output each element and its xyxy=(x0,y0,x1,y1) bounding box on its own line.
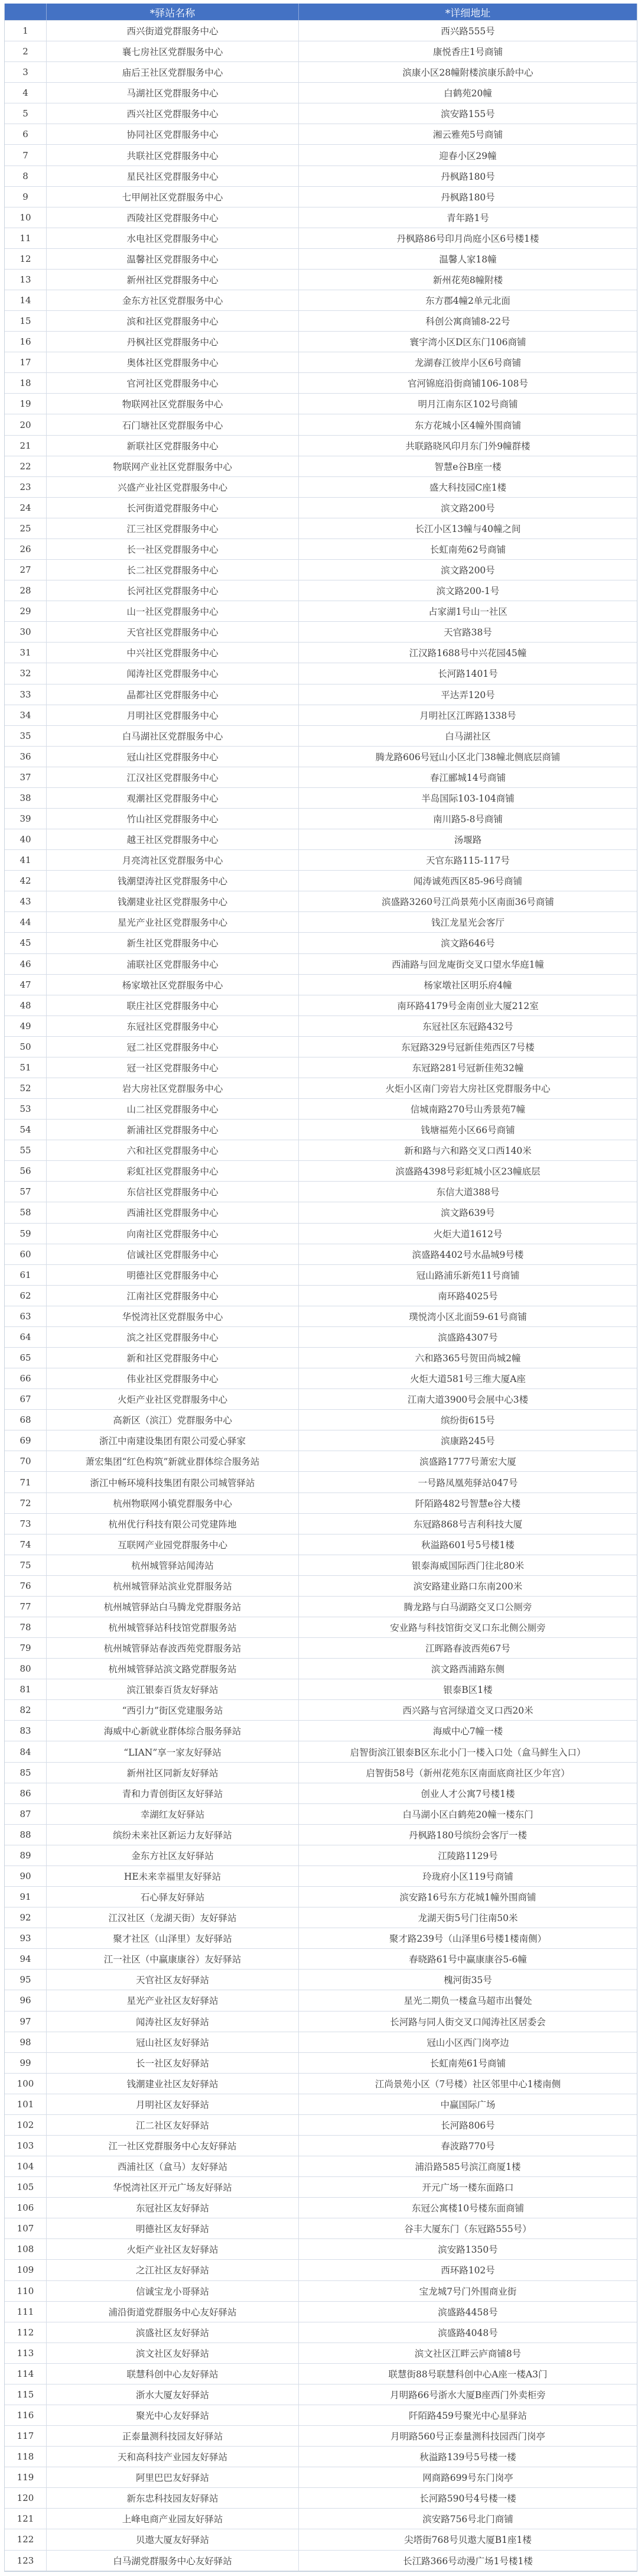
row-index: 97 xyxy=(5,2012,47,2032)
table-row: 62江南社区党群服务中心南环路4025号 xyxy=(5,1285,637,1306)
row-address: 滨文社区江畔云庐商铺8号 xyxy=(299,2343,637,2363)
row-index: 81 xyxy=(5,1679,47,1699)
row-address: 春波路770号 xyxy=(299,2136,637,2156)
row-address: 联慧街88号联慧科创中心A座一楼A3门 xyxy=(299,2364,637,2384)
table-row: 50冠二社区党群服务中心东冠路329号冠新佳苑西区7号楼 xyxy=(5,1036,637,1057)
table-row: 116聚光中心友好驿站阡陌路459号聚光中心星驿站 xyxy=(5,2405,637,2425)
row-index: 119 xyxy=(5,2467,47,2487)
row-address: 滨盛路3260号江尚景苑小区南面36号商铺 xyxy=(299,891,637,911)
row-address: 滨盛路4458号 xyxy=(299,2302,637,2322)
row-station-name: 东信社区党群服务中心 xyxy=(47,1182,299,1202)
table-row: 57东信社区党群服务中心东信大道388号 xyxy=(5,1181,637,1202)
table-row: 59向南社区党群服务中心火炬大道1612号 xyxy=(5,1223,637,1244)
row-address: 天官路38号 xyxy=(299,622,637,642)
row-station-name: 钱潮建业社区党群服务中心 xyxy=(47,891,299,911)
row-station-name: 江汉社区党群服务中心 xyxy=(47,767,299,787)
table-row: 78杭州城管驿站科技馆党群服务站安业路与科技馆街交叉口东北侧公厕旁 xyxy=(5,1617,637,1637)
row-station-name: 物联网产业社区党群服务中心 xyxy=(47,456,299,476)
table-row: 103江一社区党群服务中心友好驿站春波路770号 xyxy=(5,2135,637,2156)
row-address: 智慧e谷B座一楼 xyxy=(299,456,637,476)
row-station-name: 杭州城管驿站闻涛站 xyxy=(47,1555,299,1575)
row-address: 新和路与六和路交叉口西140米 xyxy=(299,1140,637,1160)
row-address: 长河路1401号 xyxy=(299,663,637,683)
row-station-name: 联庄社区党群服务中心 xyxy=(47,995,299,1016)
row-station-name: 明德社区友好驿站 xyxy=(47,2218,299,2238)
row-address: 阡陌路459号聚光中心星驿站 xyxy=(299,2405,637,2425)
row-station-name: 长河街道党群服务中心 xyxy=(47,498,299,518)
row-address: 丹枫路180号 xyxy=(299,187,637,207)
row-index: 80 xyxy=(5,1659,47,1679)
table-row: 115浙水大厦友好驿站月明路66号浙水大厦B座西门外卖柜旁 xyxy=(5,2384,637,2405)
row-index: 91 xyxy=(5,1887,47,1907)
row-station-name: 石心驿友好驿站 xyxy=(47,1887,299,1907)
table-row: 71浙江中畅环境科技集团有限公司城管驿站一号路凤凰苑驿站047号 xyxy=(5,1471,637,1492)
row-station-name: 星光产业社区友好驿站 xyxy=(47,1990,299,2010)
row-index: 71 xyxy=(5,1472,47,1492)
row-index: 62 xyxy=(5,1286,47,1306)
table-row: 86青和力青创街区友好驿站创业人才公寓7号楼1楼 xyxy=(5,1783,637,1803)
row-station-name: 金东方社区友好驿站 xyxy=(47,1845,299,1866)
row-index: 24 xyxy=(5,498,47,518)
row-station-name: HE未来幸福里友好驿站 xyxy=(47,1866,299,1886)
row-index: 64 xyxy=(5,1327,47,1347)
row-station-name: 七甲闸社区党群服务中心 xyxy=(47,187,299,207)
row-address: 月明路560号正泰量测科技园西门岗亭 xyxy=(299,2426,637,2446)
row-address: 春晓路61号中赢康康谷5-6幢 xyxy=(299,1949,637,1969)
row-address: 滨文路646号 xyxy=(299,933,637,953)
row-address: 冠山路浦乐新苑11号商铺 xyxy=(299,1265,637,1285)
table-row: 33晶都社区党群服务中心平达弄120号 xyxy=(5,684,637,705)
row-index: 34 xyxy=(5,705,47,725)
table-row: 2襄七房社区党群服务中心康悦香庄1号商铺 xyxy=(5,41,637,61)
table-row: 58西浦社区党群服务中心滨文路639号 xyxy=(5,1202,637,1222)
row-station-name: 闻涛社区党群服务中心 xyxy=(47,663,299,683)
table-row: 68高新区（滨江）党群服务中心缤纷街615号 xyxy=(5,1409,637,1430)
row-station-name: 杭州城管驿站科技馆党群服务站 xyxy=(47,1617,299,1637)
table-header: *驿站名称 *详细地址 xyxy=(5,4,637,20)
row-station-name: 火炬产业社区友好驿站 xyxy=(47,2239,299,2259)
table-row: 72杭州物联网小镇党群服务中心阡陌路482号智慧e谷大楼 xyxy=(5,1493,637,1513)
table-row: 75杭州城管驿站闻涛站银泰海威国际西门往北80米 xyxy=(5,1555,637,1575)
row-station-name: 浙水大厦友好驿站 xyxy=(47,2384,299,2405)
table-row: 43钱潮建业社区党群服务中心滨盛路3260号江尚景苑小区南面36号商铺 xyxy=(5,891,637,911)
row-station-name: 之江社区友好驿站 xyxy=(47,2260,299,2280)
table-row: 25江三社区党群服务中心长江小区13幢与40幢之间 xyxy=(5,518,637,538)
row-address: 长河路590号4号楼一楼 xyxy=(299,2488,637,2508)
row-index: 121 xyxy=(5,2509,47,2529)
row-index: 25 xyxy=(5,518,47,538)
row-station-name: 江一社区（中赢康康谷）友好驿站 xyxy=(47,1949,299,1969)
row-address: 滨文路200号 xyxy=(299,498,637,518)
row-station-name: 杭州优行科技有限公司党建阵地 xyxy=(47,1514,299,1534)
row-address: 东方花城小区4幢外围商铺 xyxy=(299,414,637,434)
table-row: 88缤纷未来社区新运力友好驿站丹枫路180号缤纷会客厅一楼 xyxy=(5,1824,637,1845)
table-row: 22物联网产业社区党群服务中心智慧e谷B座一楼 xyxy=(5,456,637,476)
row-index: 37 xyxy=(5,767,47,787)
row-address: 占家湖1号山一社区 xyxy=(299,601,637,621)
row-address: 槐河街35号 xyxy=(299,1970,637,1990)
table-row: 110信诚宝龙小哥驿站宝龙城7号门外围商业街 xyxy=(5,2280,637,2301)
row-index: 60 xyxy=(5,1244,47,1264)
table-row: 11水电社区党群服务中心丹枫路86号印月尚庭小区6号楼1楼 xyxy=(5,228,637,248)
row-index: 46 xyxy=(5,954,47,974)
table-row: 36冠山社区党群服务中心腾龙路606号冠山小区北门38幢北侧底层商铺 xyxy=(5,746,637,767)
row-address: 创业人才公寓7号楼1楼 xyxy=(299,1783,637,1803)
row-index: 61 xyxy=(5,1265,47,1285)
row-index: 27 xyxy=(5,560,47,580)
row-station-name: 冠山社区党群服务中心 xyxy=(47,747,299,767)
row-address: 东方郡4幢2单元北面 xyxy=(299,290,637,310)
row-address: 一号路凤凰苑驿站047号 xyxy=(299,1472,637,1492)
table-row: 77杭州城管驿站白马腾龙党群服务站腾龙路与白马湖路交叉口公厕旁 xyxy=(5,1596,637,1617)
row-index: 77 xyxy=(5,1597,47,1617)
row-address: 康悦香庄1号商铺 xyxy=(299,41,637,61)
row-station-name: 西兴街道党群服务中心 xyxy=(47,21,299,41)
table-row: 7共联社区党群服务中心迎春小区29幢 xyxy=(5,144,637,165)
row-index: 116 xyxy=(5,2405,47,2425)
row-station-name: 官河社区党群服务中心 xyxy=(47,373,299,393)
row-station-name: 钱潮建业社区友好驿站 xyxy=(47,2074,299,2094)
row-station-name: 高新区（滨江）党群服务中心 xyxy=(47,1410,299,1430)
row-address: 火炬大道1612号 xyxy=(299,1224,637,1244)
row-address: 长河路与同人街交叉口闻涛社区居委会 xyxy=(299,2012,637,2032)
row-station-name: 冠一社区党群服务中心 xyxy=(47,1057,299,1078)
row-station-name: 闻涛社区友好驿站 xyxy=(47,2012,299,2032)
row-address: 南环路4179号金南创业大厦212室 xyxy=(299,995,637,1016)
row-station-name: 新州社区同新友好驿站 xyxy=(47,1763,299,1783)
row-station-name: 六和社区党群服务中心 xyxy=(47,1140,299,1160)
row-index: 106 xyxy=(5,2198,47,2218)
row-address: 钱塘福苑小区66号商铺 xyxy=(299,1120,637,1140)
table-row: 1西兴街道党群服务中心西兴路555号 xyxy=(5,20,637,41)
row-index: 111 xyxy=(5,2302,47,2322)
header-address: *详细地址 xyxy=(299,4,637,20)
row-address: 南环路4025号 xyxy=(299,1286,637,1306)
table-row: 15滨和社区党群服务中心科创公寓商铺8-22号 xyxy=(5,310,637,331)
row-index: 83 xyxy=(5,1721,47,1741)
row-index: 90 xyxy=(5,1866,47,1886)
row-index: 96 xyxy=(5,1990,47,2010)
table-row: 94江一社区（中赢康康谷）友好驿站春晓路61号中赢康康谷5-6幢 xyxy=(5,1948,637,1969)
row-station-name: 滨之社区党群服务中心 xyxy=(47,1327,299,1347)
row-index: 51 xyxy=(5,1057,47,1078)
row-index: 52 xyxy=(5,1078,47,1098)
row-index: 92 xyxy=(5,1907,47,1928)
table-row: 17奥体社区党群服务中心龙湖春江彼岸小区6号商铺 xyxy=(5,352,637,372)
table-row: 121上峰电商产业园友好驿站滨安路756号北门商铺 xyxy=(5,2508,637,2529)
row-index: 113 xyxy=(5,2343,47,2363)
row-address: 东冠路281号冠新佳苑32幢 xyxy=(299,1057,637,1078)
table-row: 85新州社区同新友好驿站启智街58号（新州花苑东区南面底商社区少年宫） xyxy=(5,1762,637,1783)
row-address: 尖塔街768号贝遨大厦B1座1楼 xyxy=(299,2529,637,2549)
row-address: 滨安路建业路口东南200米 xyxy=(299,1576,637,1596)
row-station-name: 丹枫社区党群服务中心 xyxy=(47,332,299,352)
table-row: 24长河街道党群服务中心滨文路200号 xyxy=(5,497,637,518)
table-row: 119阿里巴巴友好驿站网商路699号东门岗亭 xyxy=(5,2467,637,2487)
table-row: 26长一社区党群服务中心长虹南苑62号商铺 xyxy=(5,538,637,559)
row-address: 腾龙路606号冠山小区北门38幢北侧底层商铺 xyxy=(299,747,637,767)
row-address: 滨文路西浦路东侧 xyxy=(299,1659,637,1679)
table-row: 29山一社区党群服务中心占家湖1号山一社区 xyxy=(5,601,637,621)
table-row: 102江二社区友好驿站长河路806号 xyxy=(5,2114,637,2135)
row-index: 85 xyxy=(5,1763,47,1783)
table-row: 53山二社区党群服务中心信城南路270号山秀景苑7幢 xyxy=(5,1098,637,1119)
row-index: 102 xyxy=(5,2115,47,2135)
table-body: 1西兴街道党群服务中心西兴路555号2襄七房社区党群服务中心康悦香庄1号商铺3庙… xyxy=(5,20,637,2571)
table-row: 108火炬产业社区友好驿站滨安路1350号 xyxy=(5,2238,637,2259)
row-index: 42 xyxy=(5,871,47,891)
row-station-name: 庙后王社区党群服务中心 xyxy=(47,62,299,82)
row-station-name: 西浦社区党群服务中心 xyxy=(47,1202,299,1222)
row-index: 123 xyxy=(5,2551,47,2571)
row-address: 西兴路555号 xyxy=(299,21,637,41)
header-index xyxy=(5,4,47,20)
table-row: 89金东方社区友好驿站江陵路1129号 xyxy=(5,1845,637,1866)
row-address: 丹枫路180号 xyxy=(299,166,637,186)
row-address: 龙湖春江彼岸小区6号商铺 xyxy=(299,352,637,372)
row-station-name: 襄七房社区党群服务中心 xyxy=(47,41,299,61)
row-address: 长虹南苑62号商铺 xyxy=(299,539,637,559)
row-address: 闻涛诚苑西区85-96号商铺 xyxy=(299,871,637,891)
row-index: 100 xyxy=(5,2074,47,2094)
row-index: 49 xyxy=(5,1016,47,1036)
table-row: 76杭州城管驿站滨业党群服务站滨安路建业路口东南200米 xyxy=(5,1575,637,1596)
row-index: 43 xyxy=(5,891,47,911)
table-row: 112滨盛社区友好驿站滨盛路4048号 xyxy=(5,2322,637,2343)
row-index: 14 xyxy=(5,290,47,310)
row-address: 江汉路1688号中兴花园45幢 xyxy=(299,643,637,663)
row-address: 启智街58号（新州花苑东区南面底商社区少年宫） xyxy=(299,1763,637,1783)
row-address: 滨康路245号 xyxy=(299,1430,637,1451)
table-row: 107明德社区友好驿站谷丰大厦东门（东冠路555号） xyxy=(5,2218,637,2238)
table-row: 12温馨社区党群服务中心温馨人家18幢 xyxy=(5,248,637,269)
row-index: 4 xyxy=(5,83,47,103)
row-station-name: 新浦社区党群服务中心 xyxy=(47,1120,299,1140)
row-index: 57 xyxy=(5,1182,47,1202)
row-address: 安业路与科技馆街交叉口东北侧公厕旁 xyxy=(299,1617,637,1637)
row-index: 73 xyxy=(5,1514,47,1534)
table-row: 90HE未来幸福里友好驿站玲珑府小区119号商铺 xyxy=(5,1866,637,1886)
row-station-name: 月明社区党群服务中心 xyxy=(47,705,299,725)
row-index: 115 xyxy=(5,2384,47,2405)
table-row: 93聚才社区（山泽里）友好驿站聚才路239号（山泽里6号楼1楼南侧） xyxy=(5,1928,637,1948)
row-address: 东冠公寓楼10号楼东面商铺 xyxy=(299,2198,637,2218)
table-row: 123白马湖党群服务中心友好驿站长江路366号动漫广场1号楼1楼 xyxy=(5,2550,637,2571)
table-row: 111浦沿街道党群服务中心友好驿站滨盛路4458号 xyxy=(5,2301,637,2322)
row-station-name: 长一社区党群服务中心 xyxy=(47,539,299,559)
row-address: 网商路699号东门岗亭 xyxy=(299,2467,637,2487)
row-address: 温馨人家18幢 xyxy=(299,249,637,269)
table-row: 96星光产业社区友好驿站星光二期负一楼盒马超市出餐处 xyxy=(5,1990,637,2010)
row-index: 9 xyxy=(5,187,47,207)
row-index: 95 xyxy=(5,1970,47,1990)
row-index: 35 xyxy=(5,726,47,746)
row-index: 54 xyxy=(5,1120,47,1140)
row-station-name: 岩大房社区党群服务中心 xyxy=(47,1078,299,1098)
table-row: 74互联网产业园党群服务中心秋溢路601号5号楼1楼 xyxy=(5,1534,637,1555)
row-station-name: 江一社区党群服务中心友好驿站 xyxy=(47,2136,299,2156)
row-index: 120 xyxy=(5,2488,47,2508)
row-index: 53 xyxy=(5,1099,47,1119)
row-index: 26 xyxy=(5,539,47,559)
row-address: 官河锦庭沿街商铺106-108号 xyxy=(299,373,637,393)
table-row: 14金东方社区党群服务中心东方郡4幢2单元北面 xyxy=(5,290,637,310)
table-row: 65新和社区党群服务中心六和路365号贺田尚城2幢 xyxy=(5,1347,637,1368)
row-index: 94 xyxy=(5,1949,47,1969)
row-station-name: 新东忠科技园友好驿站 xyxy=(47,2488,299,2508)
row-address: 江晖路春波西苑67号 xyxy=(299,1638,637,1658)
row-station-name: 向南社区党群服务中心 xyxy=(47,1224,299,1244)
row-address: 科创公寓商铺8-22号 xyxy=(299,311,637,331)
row-station-name: 火炬产业社区党群服务中心 xyxy=(47,1389,299,1409)
table-row: 104西浦社区（盒马）友好驿站浦沿路585号滨江商厦1楼 xyxy=(5,2156,637,2176)
table-row: 34月明社区党群服务中心月明社区江晖路1338号 xyxy=(5,705,637,725)
row-index: 82 xyxy=(5,1700,47,1720)
row-index: 109 xyxy=(5,2260,47,2280)
row-index: 122 xyxy=(5,2529,47,2549)
row-address: 湘云雅苑5号商铺 xyxy=(299,124,637,144)
row-station-name: 兴盛产业社区党群服务中心 xyxy=(47,477,299,497)
row-index: 86 xyxy=(5,1783,47,1803)
row-station-name: 越王社区党群服务中心 xyxy=(47,829,299,849)
row-index: 59 xyxy=(5,1224,47,1244)
row-address: 银泰海威国际西门往北80米 xyxy=(299,1555,637,1575)
table-row: 79杭州城管驿站春波西苑党群服务站江晖路春波西苑67号 xyxy=(5,1637,637,1658)
table-row: 106东冠社区友好驿站东冠公寓楼10号楼东面商铺 xyxy=(5,2197,637,2218)
row-address: 开元广场一楼东面路口 xyxy=(299,2177,637,2197)
row-index: 68 xyxy=(5,1410,47,1430)
row-address: 杨家墩社区明乐府4幢 xyxy=(299,975,637,995)
table-row: 27长二社区党群服务中心滨文路200号 xyxy=(5,559,637,580)
row-address: 火炬小区南门旁岩大房社区党群服务中心 xyxy=(299,1078,637,1098)
row-address: 宝龙城7号门外围商业街 xyxy=(299,2281,637,2301)
table-row: 39竹山社区党群服务中心南川路5-8号商铺 xyxy=(5,808,637,829)
table-row: 47杨家墩社区党群服务中心杨家墩社区明乐府4幢 xyxy=(5,974,637,995)
table-row: 45新生社区党群服务中心滨文路646号 xyxy=(5,932,637,953)
row-address: 滨文路639号 xyxy=(299,1202,637,1222)
row-address: 滨康小区28幢附楼滨康乐龄中心 xyxy=(299,62,637,82)
stations-table: *驿站名称 *详细地址 1西兴街道党群服务中心西兴路555号2襄七房社区党群服务… xyxy=(4,4,637,2572)
row-station-name: 新生社区党群服务中心 xyxy=(47,933,299,953)
row-address: 秋溢路601号5号楼1楼 xyxy=(299,1534,637,1555)
row-address: 汤堰路 xyxy=(299,829,637,849)
row-address: 滨安路756号北门商铺 xyxy=(299,2509,637,2529)
row-station-name: 西陵社区党群服务中心 xyxy=(47,207,299,228)
row-station-name: 杭州城管驿站滨文路党群服务站 xyxy=(47,1659,299,1679)
table-row: 61明德社区党群服务中心冠山路浦乐新苑11号商铺 xyxy=(5,1264,637,1285)
row-address: 中赢国际广场 xyxy=(299,2094,637,2114)
row-index: 104 xyxy=(5,2156,47,2176)
row-address: 星光二期负一楼盒马超市出餐处 xyxy=(299,1990,637,2010)
row-station-name: 杭州城管驿站滨业党群服务站 xyxy=(47,1576,299,1596)
table-row: 6协同社区党群服务中心湘云雅苑5号商铺 xyxy=(5,124,637,144)
table-row: 16丹枫社区党群服务中心寰宇湾小区D区东门106商铺 xyxy=(5,331,637,352)
row-station-name: 天官社区友好驿站 xyxy=(47,1970,299,1990)
table-row: 9七甲闸社区党群服务中心丹枫路180号 xyxy=(5,186,637,207)
row-station-name: 滨和社区党群服务中心 xyxy=(47,311,299,331)
row-station-name: 白马湖党群服务中心友好驿站 xyxy=(47,2551,299,2571)
row-index: 11 xyxy=(5,228,47,248)
row-address: 平达弄120号 xyxy=(299,684,637,705)
row-index: 93 xyxy=(5,1928,47,1948)
table-row: 42钱潮望涛社区党群服务中心闻涛诚苑西区85-96号商铺 xyxy=(5,870,637,891)
row-index: 84 xyxy=(5,1741,47,1761)
table-row: 28长河社区党群服务中心滨文路200-1号 xyxy=(5,580,637,601)
row-index: 33 xyxy=(5,684,47,705)
row-index: 12 xyxy=(5,249,47,269)
row-index: 30 xyxy=(5,622,47,642)
row-address: 东冠路329号冠新佳苑西区7号楼 xyxy=(299,1037,637,1057)
row-index: 99 xyxy=(5,2053,47,2073)
table-row: 44星光产业社区党群服务中心钱江龙星光会客厅 xyxy=(5,911,637,932)
row-index: 5 xyxy=(5,103,47,124)
table-row: 113滨文社区友好驿站滨文社区江畔云庐商铺8号 xyxy=(5,2343,637,2363)
row-station-name: 上峰电商产业园友好驿站 xyxy=(47,2509,299,2529)
row-station-name: 星光产业社区党群服务中心 xyxy=(47,912,299,932)
row-station-name: 伟业社区党群服务中心 xyxy=(47,1368,299,1388)
row-index: 44 xyxy=(5,912,47,932)
row-index: 117 xyxy=(5,2426,47,2446)
row-index: 114 xyxy=(5,2364,47,2384)
table-row: 83海威中心新就业群体综合服务驿站海威中心7幢一楼 xyxy=(5,1720,637,1741)
row-station-name: 共联社区党群服务中心 xyxy=(47,145,299,165)
row-index: 31 xyxy=(5,643,47,663)
table-row: 100钱潮建业社区友好驿站江尚景苑小区（7号楼）社区邻里中心1楼南侧 xyxy=(5,2073,637,2094)
row-index: 29 xyxy=(5,601,47,621)
row-index: 48 xyxy=(5,995,47,1016)
table-row: 32闻涛社区党群服务中心长河路1401号 xyxy=(5,663,637,683)
row-station-name: 月亮湾社区党群服务中心 xyxy=(47,850,299,870)
row-index: 103 xyxy=(5,2136,47,2156)
row-address: 海威中心7幢一楼 xyxy=(299,1721,637,1741)
row-station-name: 华悦湾社区党群服务中心 xyxy=(47,1306,299,1326)
row-index: 19 xyxy=(5,394,47,414)
row-station-name: 新联社区党群服务中心 xyxy=(47,436,299,456)
table-row: 21新联社区党群服务中心共联路晓风印月东门外9幢群楼 xyxy=(5,435,637,456)
row-address: 浦沿路585号滨江商厦1楼 xyxy=(299,2156,637,2176)
row-address: 六和路365号贺田尚城2幢 xyxy=(299,1348,637,1368)
row-index: 107 xyxy=(5,2218,47,2238)
table-row: 105华悦湾社区开元广场友好驿站开元广场一楼东面路口 xyxy=(5,2176,637,2197)
table-row: 97闻涛社区友好驿站长河路与同人街交叉口闻涛社区居委会 xyxy=(5,2011,637,2032)
row-address: 天官东路115-117号 xyxy=(299,850,637,870)
row-index: 70 xyxy=(5,1451,47,1471)
row-address: 长江小区13幢与40幢之间 xyxy=(299,518,637,538)
row-station-name: 温馨社区党群服务中心 xyxy=(47,249,299,269)
table-row: 10西陵社区党群服务中心青年路1号 xyxy=(5,207,637,228)
table-row: 101月明社区友好驿站中赢国际广场 xyxy=(5,2094,637,2114)
row-index: 39 xyxy=(5,809,47,829)
row-address: 春江郦城14号商铺 xyxy=(299,767,637,787)
row-station-name: 信诚宝龙小哥驿站 xyxy=(47,2281,299,2301)
table-row: 117正泰量测科技园友好驿站月明路560号正泰量测科技园西门岗亭 xyxy=(5,2425,637,2446)
table-row: 51冠一社区党群服务中心东冠路281号冠新佳苑32幢 xyxy=(5,1057,637,1078)
row-station-name: 阿里巴巴友好驿站 xyxy=(47,2467,299,2487)
table-row: 69浙江中南建设集团有限公司爱心驿家滨康路245号 xyxy=(5,1430,637,1451)
row-address: 银泰B区1楼 xyxy=(299,1679,637,1699)
row-station-name: 冠二社区党群服务中心 xyxy=(47,1037,299,1057)
row-station-name: 钱潮望涛社区党群服务中心 xyxy=(47,871,299,891)
row-address: 青年路1号 xyxy=(299,207,637,228)
row-station-name: 西浦社区（盒马）友好驿站 xyxy=(47,2156,299,2176)
row-station-name: 浦联社区党群服务中心 xyxy=(47,954,299,974)
table-row: 37江汉社区党群服务中心春江郦城14号商铺 xyxy=(5,767,637,787)
table-row: 46浦联社区党群服务中心西浦路与回龙庵街交叉口望水华庭1幢 xyxy=(5,953,637,974)
row-address: 迎春小区29幢 xyxy=(299,145,637,165)
row-address: 江南大道3900号会展中心3楼 xyxy=(299,1389,637,1409)
row-index: 10 xyxy=(5,207,47,228)
row-index: 16 xyxy=(5,332,47,352)
